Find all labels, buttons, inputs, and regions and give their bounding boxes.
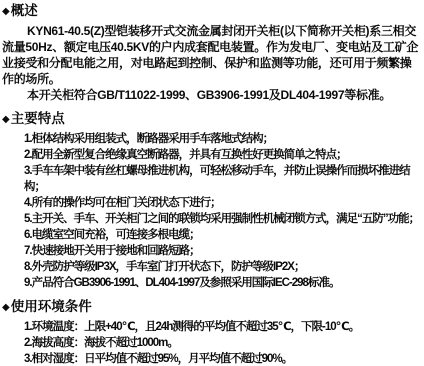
environment-heading: ◆使用环境条件	[2, 299, 422, 316]
document-page: ◆概述 KYN61-40.5(Z)型铠装移开式交流金属封闭开关柜(以下简称开关柜…	[0, 0, 424, 366]
feature-item-3: 3.手车车架中装有丝杠螺母推进机构，可轻松移动手车，并防止误操作而损坏推进结构；	[2, 163, 422, 195]
feature-item-1: 1.柜体结构采用组装式，断路器采用手车落地式结构；	[2, 131, 422, 147]
feature-item-4: 4.所有的操作均可在柜门关闭状态下进行；	[2, 195, 422, 211]
diamond-bullet-icon: ◆	[2, 114, 10, 125]
section-environment: ◆使用环境条件 1.环境温度：上限+40℃，且24h测得的平均值不超过35℃，下…	[2, 299, 422, 366]
overview-heading: ◆概述	[2, 3, 422, 20]
overview-paragraph-2: 本开关柜符合GB/T11022-1999、GB3906-1991及DL404-1…	[2, 87, 422, 103]
features-heading: ◆主要特点	[2, 111, 422, 128]
diamond-bullet-icon: ◆	[2, 6, 10, 17]
overview-paragraph-1: KYN61-40.5(Z)型铠装移开式交流金属封闭开关柜(以下简称开关柜)系三相…	[2, 23, 422, 87]
feature-item-8: 8.外壳防护等级IP3X，手车室门打开状态下，防护等级IP2X；	[2, 259, 422, 275]
feature-item-6: 6.电缆室空间充裕，可连接多根电缆；	[2, 227, 422, 243]
feature-item-5: 5.主开关、手车、开关柜门之间的联锁均采用强制性机械闭锁方式，满足“五防”功能；	[2, 211, 422, 227]
section-features: ◆主要特点 1.柜体结构采用组装式，断路器采用手车落地式结构； 2.配用全新型复…	[2, 111, 422, 291]
section-overview: ◆概述 KYN61-40.5(Z)型铠装移开式交流金属封闭开关柜(以下简称开关柜…	[2, 3, 422, 103]
environment-item-2: 2.海拔高度：海拔不超过1000m。	[2, 335, 422, 351]
overview-heading-text: 概述	[11, 3, 38, 18]
diamond-bullet-icon: ◆	[2, 302, 10, 313]
features-heading-text: 主要特点	[11, 111, 65, 126]
environment-item-1: 1.环境温度：上限+40℃，且24h测得的平均值不超过35℃，下限-10℃。	[2, 319, 422, 335]
environment-heading-text: 使用环境条件	[11, 299, 92, 314]
feature-item-2: 2.配用全新型复合绝缘真空断路器，并具有互换性好更换简单之特点；	[2, 147, 422, 163]
feature-item-7: 7.快速接地开关用于接地和回路短路；	[2, 243, 422, 259]
feature-item-9: 9.产品符合GB3906-1991、DL404-1997及参照采用国际IEC-2…	[2, 275, 422, 291]
environment-item-3: 3.相对湿度：日平均值不超过95%，月平均值不超过90%。	[2, 351, 422, 366]
